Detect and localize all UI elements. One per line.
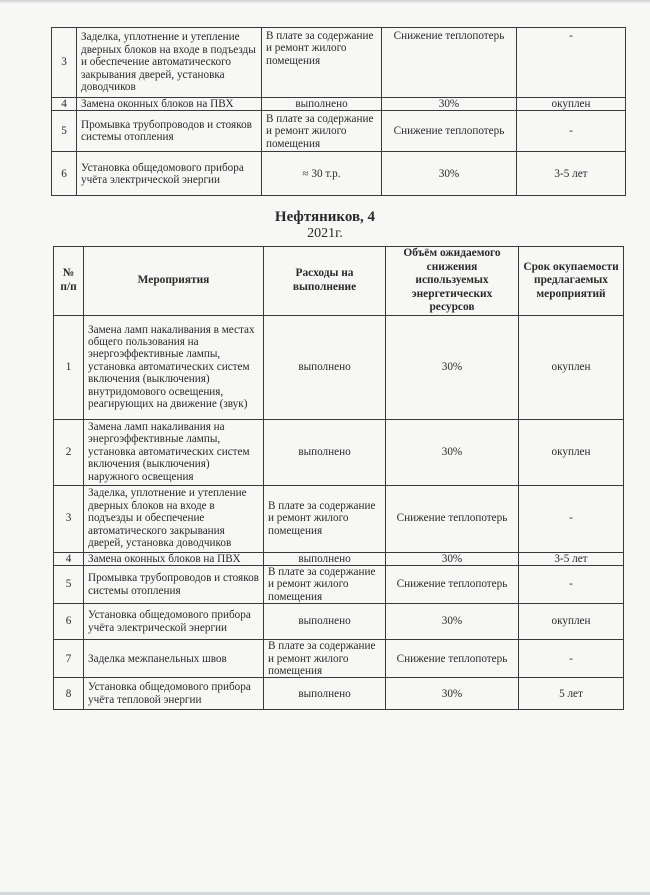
table-row: 6Установка общедомового прибора учёта эл… — [52, 152, 626, 196]
table-row: 5Промывка трубопроводов и стояков систем… — [52, 111, 626, 152]
row-reduction: 30% — [386, 419, 519, 485]
row-payback: - — [517, 28, 626, 98]
row-number: 5 — [52, 111, 77, 152]
table-row: 8Установка общедомового прибора учёта те… — [54, 678, 624, 710]
row-number: 3 — [52, 28, 77, 98]
table-header-row: № п/п Мероприятия Расходы на выполнение … — [54, 247, 624, 316]
row-reduction: 30% — [386, 552, 519, 565]
row-payback: - — [519, 640, 624, 678]
row-cost: ≈ 30 т.р. — [262, 152, 382, 196]
previous-table-body: 3Заделка, уплотнение и утепление дверных… — [52, 28, 626, 196]
row-cost: выполнено — [264, 419, 386, 485]
row-payback: окуплен — [519, 315, 624, 419]
header-reduction: Объём ожидаемого снижения используемых э… — [386, 247, 519, 316]
row-number: 8 — [54, 678, 84, 710]
row-reduction: 30% — [386, 604, 519, 640]
main-table-body: 1Замена ламп накаливания в местах общего… — [54, 315, 624, 710]
row-action: Установка общедомового прибора учёта теп… — [84, 678, 264, 710]
row-reduction: 30% — [382, 152, 517, 196]
page-top-edge — [0, 0, 650, 3]
row-payback: - — [517, 111, 626, 152]
year-heading: 2021г. — [0, 226, 650, 242]
row-cost: выполнено — [264, 678, 386, 710]
row-cost: В плате за содержание и ремонт жилого по… — [264, 485, 386, 552]
table-row: 3Заделка, уплотнение и утепление дверных… — [52, 28, 626, 98]
row-number: 4 — [54, 552, 84, 565]
row-payback: - — [519, 485, 624, 552]
row-payback: окуплен — [519, 604, 624, 640]
row-payback: 3-5 лет — [519, 552, 624, 565]
row-action: Установка общедомового прибора учёта эле… — [77, 152, 262, 196]
row-action: Заделка межпанельных швов — [84, 640, 264, 678]
row-action: Замена оконных блоков на ПВХ — [77, 98, 262, 111]
row-number: 6 — [54, 604, 84, 640]
row-number: 5 — [54, 565, 84, 603]
table-row: 3Заделка, уплотнение и утепление дверных… — [54, 485, 624, 552]
row-reduction: Снижение теплопотерь — [382, 28, 517, 98]
row-number: 7 — [54, 640, 84, 678]
row-cost: выполнено — [264, 604, 386, 640]
row-payback: - — [519, 565, 624, 603]
table-row: 4Замена оконных блоков на ПВХвыполнено30… — [52, 98, 626, 111]
energy-measures-table: № п/п Мероприятия Расходы на выполнение … — [53, 246, 624, 710]
header-number: № п/п — [54, 247, 84, 316]
row-action: Промывка трубопроводов и стояков системы… — [77, 111, 262, 152]
row-action: Замена оконных блоков на ПВХ — [84, 552, 264, 565]
row-number: 4 — [52, 98, 77, 111]
row-number: 3 — [54, 485, 84, 552]
row-reduction: 30% — [382, 98, 517, 111]
row-cost: В плате за содержание и ремонт жилого по… — [262, 28, 382, 98]
row-reduction: 30% — [386, 315, 519, 419]
row-action: Замена ламп накаливания в местах общего … — [84, 315, 264, 419]
row-action: Промывка трубопроводов и стояков системы… — [84, 565, 264, 603]
building-address-heading: Нефтяников, 4 — [0, 209, 650, 226]
table-row: 6Установка общедомового прибора учёта эл… — [54, 604, 624, 640]
row-number: 2 — [54, 419, 84, 485]
row-action: Заделка, уплотнение и утепление дверных … — [77, 28, 262, 98]
previous-measures-table: 3Заделка, уплотнение и утепление дверных… — [51, 27, 626, 196]
row-number: 1 — [54, 315, 84, 419]
table-row: 2Замена ламп накаливания на энергоэффект… — [54, 419, 624, 485]
row-cost: В плате за содержание и ремонт жилого по… — [262, 111, 382, 152]
table-row: 7Заделка межпанельных швовВ плате за сод… — [54, 640, 624, 678]
row-action: Заделка, уплотнение и утепление дверных … — [84, 485, 264, 552]
header-payback: Срок окупаемости предлагаемых мероприяти… — [519, 247, 624, 316]
header-action: Мероприятия — [84, 247, 264, 316]
row-cost: В плате за содержание и ремонт жилого по… — [264, 640, 386, 678]
table-row: 1Замена ламп накаливания в местах общего… — [54, 315, 624, 419]
row-reduction: Снижение теплопотерь — [386, 565, 519, 603]
row-cost: выполнено — [264, 552, 386, 565]
row-number: 6 — [52, 152, 77, 196]
row-cost: выполнено — [264, 315, 386, 419]
row-action: Замена ламп накаливания на энергоэффекти… — [84, 419, 264, 485]
table-row: 5Промывка трубопроводов и стояков систем… — [54, 565, 624, 603]
row-payback: окуплен — [517, 98, 626, 111]
row-action: Установка общедомового прибора учёта эле… — [84, 604, 264, 640]
row-payback: окуплен — [519, 419, 624, 485]
header-cost: Расходы на выполнение — [264, 247, 386, 316]
row-payback: 5 лет — [519, 678, 624, 710]
table-row: 4Замена оконных блоков на ПВХвыполнено30… — [54, 552, 624, 565]
row-reduction: Снижение теплопотерь — [382, 111, 517, 152]
row-payback: 3-5 лет — [517, 152, 626, 196]
row-reduction: Снижение теплопотерь — [386, 640, 519, 678]
row-reduction: Снижение теплопотерь — [386, 485, 519, 552]
row-reduction: 30% — [386, 678, 519, 710]
row-cost: В плате за содержание и ремонт жилого по… — [264, 565, 386, 603]
row-cost: выполнено — [262, 98, 382, 111]
